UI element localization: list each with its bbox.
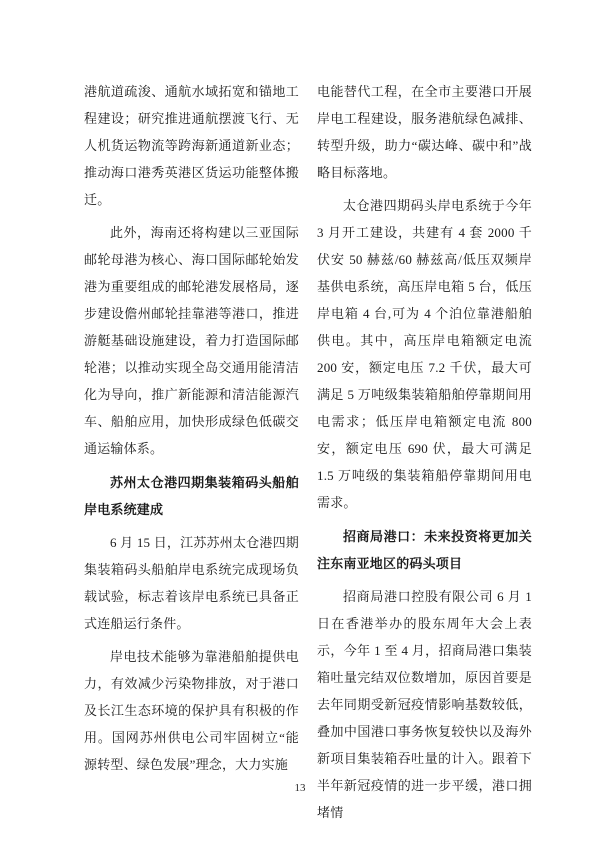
- paragraph-hainan-cruise-ports: 此外，海南还将构建以三亚国际邮轮母港为核心、海口国际邮轮始发港为重要组成的邮轮港…: [84, 219, 299, 462]
- paragraph-port-channel-continuation: 港航道疏浚、通航水域拓宽和锚地工程建设；研究推进通航摆渡飞行、无人机货运物流等跨…: [84, 78, 299, 213]
- paragraph-june15-load-test: 6 月 15 日，江苏苏州太仓港四期集装箱码头船舶岸电系统完成现场负载试验，标志…: [84, 529, 299, 637]
- section-heading-china-merchants-port: 招商局港口：未来投资将更加关注东南亚地区的码头项目: [317, 523, 532, 577]
- paragraph-shore-power-benefits: 岸电技术能够为靠港船舶提供电力，有效减少污染物排放，对于港口及长江生态环境的保护…: [84, 643, 299, 778]
- paragraph-electric-replacement-continuation: 电能替代工程，在全市主要港口开展岸电工程建设，服务港航绿色减排、转型升级，助力“…: [317, 78, 532, 186]
- page-number: 13: [0, 781, 600, 795]
- document-page: 港航道疏浚、通航水域拓宽和锚地工程建设；研究推进通航摆渡飞行、无人机货运物流等跨…: [0, 0, 600, 848]
- text-columns: 港航道疏浚、通航水域拓宽和锚地工程建设；研究推进通航摆渡飞行、无人机货运物流等跨…: [84, 78, 532, 832]
- section-heading-taicang-shore-power: 苏州太仓港四期集装箱码头船舶岸电系统建成: [84, 469, 299, 523]
- left-column: 港航道疏浚、通航水域拓宽和锚地工程建设；研究推进通航摆渡飞行、无人机货运物流等跨…: [84, 78, 299, 832]
- right-column: 电能替代工程，在全市主要港口开展岸电工程建设，服务港航绿色减排、转型升级，助力“…: [317, 78, 532, 832]
- paragraph-shore-power-system-specs: 太仓港四期码头岸电系统于今年 3 月开工建设，共建有 4 套 2000 千伏安 …: [317, 192, 532, 516]
